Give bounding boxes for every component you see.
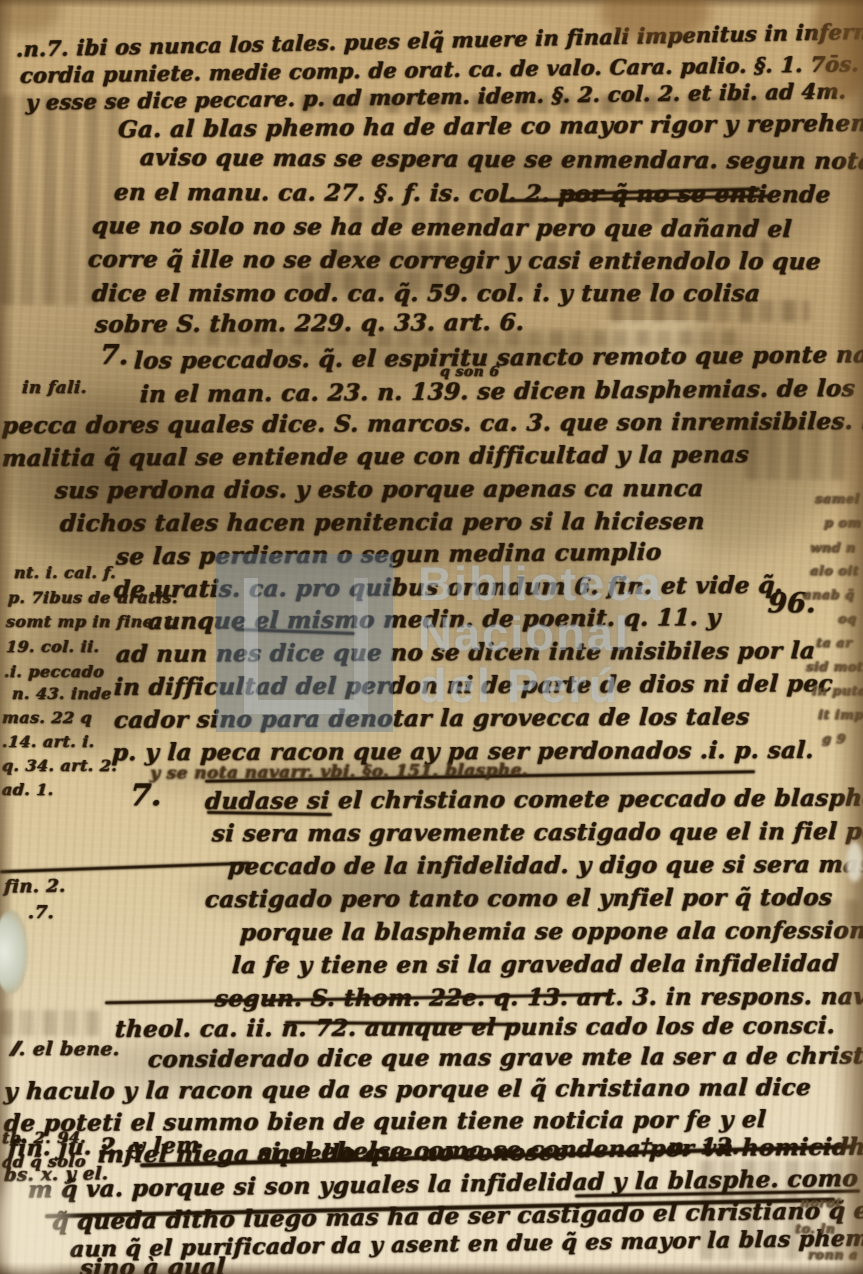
manuscript-line: si sera mas gravemente castigado que el … bbox=[211, 818, 863, 847]
bleedthrough-text: to. ln bbox=[794, 1222, 835, 1237]
manuscript-line: dudase si el christiano comete peccado d… bbox=[204, 784, 863, 815]
manuscript-line: sus perdona dios. y esto porque apenas c… bbox=[54, 475, 704, 504]
margin-note: n. 43. inde bbox=[11, 684, 112, 703]
manuscript-line: si el ebelse como se condena por vn homi… bbox=[257, 1133, 863, 1165]
page-edge-right bbox=[833, 0, 863, 1274]
manuscript-line: ad nun nes dice que no se dicen inte mis… bbox=[115, 637, 816, 668]
manuscript-line: y se nota navarr. vbi. §o. 151. blasphe. bbox=[149, 760, 528, 783]
margin-note: .i. peccado bbox=[3, 662, 105, 681]
manuscript-line: fin. ju. 2. y lem bbox=[7, 1132, 200, 1161]
manuscript-line: porque la blasphemia se oppone ala confe… bbox=[239, 917, 863, 946]
paragraph-number: 7. bbox=[99, 340, 130, 371]
showthrough-smudge bbox=[0, 1010, 100, 1036]
manuscript-line: dice el mismo cod. ca. q̃. 59. col. i. y… bbox=[91, 280, 761, 307]
paper-tear bbox=[0, 910, 28, 994]
manuscript-line: de uratis. ca. pro quibus orandum 6. fin… bbox=[113, 572, 784, 604]
manuscript-line: cador sino para denotar la grovecca de l… bbox=[113, 703, 750, 733]
manuscript-line: la fe y tiene en si la gravedad dela inf… bbox=[231, 950, 839, 979]
margin-note: nt. i. cal. f. bbox=[13, 563, 117, 582]
margin-note: .14. art. i. bbox=[1, 732, 95, 751]
margin-note: p. 7ibus de uratis. bbox=[7, 588, 178, 607]
manuscript-line: en el manu. ca. 27. §. f. is. col. 2. po… bbox=[113, 179, 832, 208]
margin-note: ⫽. el bene. bbox=[9, 1038, 120, 1060]
page-edge-top bbox=[0, 0, 863, 8]
manuscript-line: sobre S. thom. 229. q. 33. art. 6. bbox=[94, 309, 525, 338]
manuscript-line: castigado pero tanto como el ynfiel por … bbox=[204, 884, 833, 913]
margin-note: 19. col. ii. bbox=[5, 637, 100, 656]
margin-note: somt mp in fine. t bbox=[5, 612, 173, 631]
paragraph-number: 7. bbox=[129, 778, 164, 813]
manuscript-line: malitia q̃ qual se entiende que con diff… bbox=[1, 441, 750, 472]
manuscript-line: considerado dice que mas grave mte la se… bbox=[147, 1042, 863, 1073]
manuscript-line: aviso que mas se espera que se enmendara… bbox=[139, 144, 863, 175]
manuscript-scan-page: Biblioteca Nacional del Perú .n.7. ibi o… bbox=[0, 0, 863, 1274]
manuscript-line: que no solo no se ha de emendar pero que… bbox=[91, 212, 793, 243]
margin-note: in fali. bbox=[21, 378, 88, 398]
manuscript-line: peccado de la infidelidad. y digo que si… bbox=[227, 851, 863, 880]
manuscript-line: theol. ca. ii. n. 72. aunque el punis ca… bbox=[114, 1012, 836, 1043]
margin-note: mas. 22 q bbox=[1, 708, 92, 727]
manuscript-line: dichos tales hacen penitencia pero si la… bbox=[59, 508, 706, 537]
manuscript-line: aunque el mismo medin. de poenit. q. 11.… bbox=[147, 604, 721, 635]
manuscript-line: de poteti el summo bien de quien tiene n… bbox=[3, 1106, 767, 1137]
manuscript-line: pecca dores quales dice. S. marcos. ca. … bbox=[1, 408, 863, 440]
margin-note: .7. bbox=[27, 902, 55, 923]
manuscript-line: corre q̃ ille no se dexe corregir y casi… bbox=[87, 246, 822, 276]
manuscript-line: segun. S. thom. 22e. q. 13. art. 3. in r… bbox=[214, 983, 863, 1012]
manuscript-line: in difficultad del perdon ni de parte de… bbox=[113, 670, 834, 701]
manuscript-line: y haculo y la racon que da es porque el … bbox=[3, 1074, 812, 1105]
margin-note: q. 34. art. 2. bbox=[1, 756, 118, 775]
page-edge-left bbox=[0, 0, 14, 1274]
showthrough-smudge bbox=[0, 95, 120, 305]
page-edge-bottom bbox=[0, 1262, 863, 1274]
manuscript-line: se las perdieran o segun medina cumplio bbox=[115, 539, 662, 571]
